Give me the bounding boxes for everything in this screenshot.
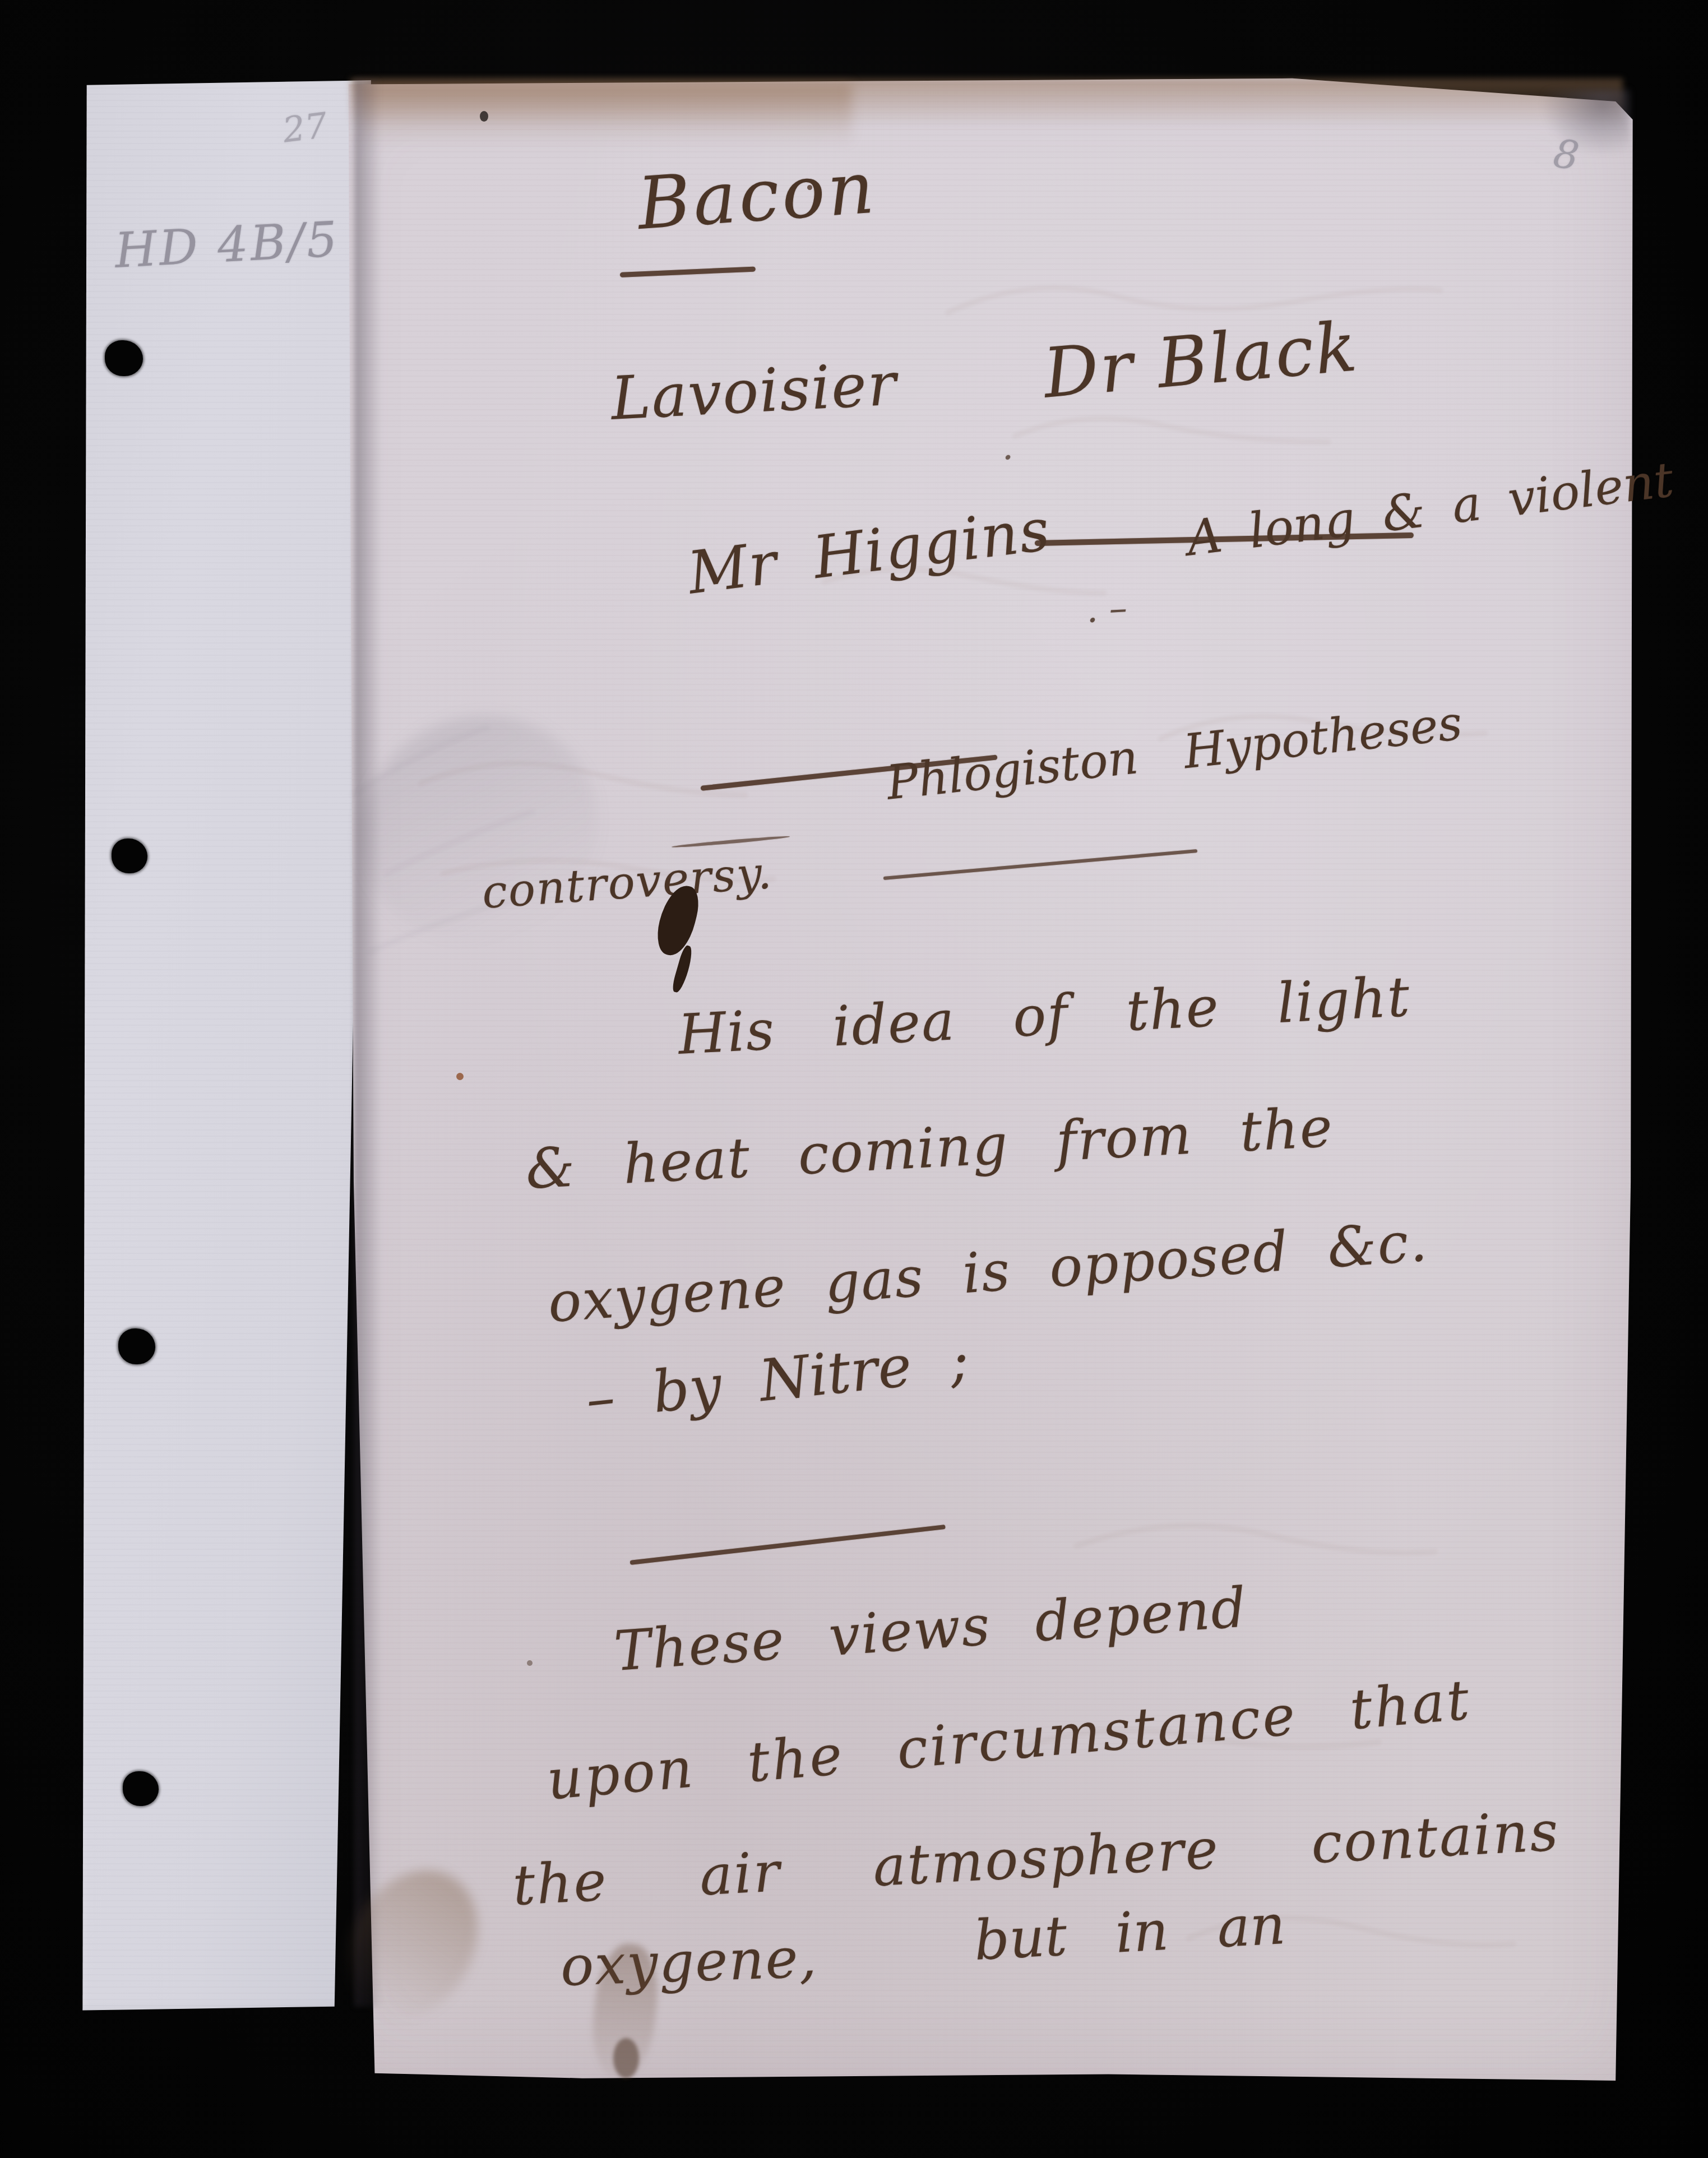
ms-para2-line4-oxygene: oxygene, [559,1926,818,1999]
punch-hole [112,839,147,873]
manuscript-page [320,77,1634,2086]
ms-title: Bacon [635,146,880,246]
punch-hole [118,1328,155,1364]
punch-hole [105,340,143,376]
ms-separator-dot: · [1002,437,1013,479]
pencil-folio-number: 27 [281,105,330,151]
punch-hole [123,1771,159,1806]
photograph-of-manuscript: 27 HD 4B/5 8 Bacon Lavoisier · Dr Black … [0,0,1708,2158]
ms-separator-dot-dash: . – [1085,587,1128,631]
pencil-shelfmark: HD 4B/5 [113,211,341,279]
